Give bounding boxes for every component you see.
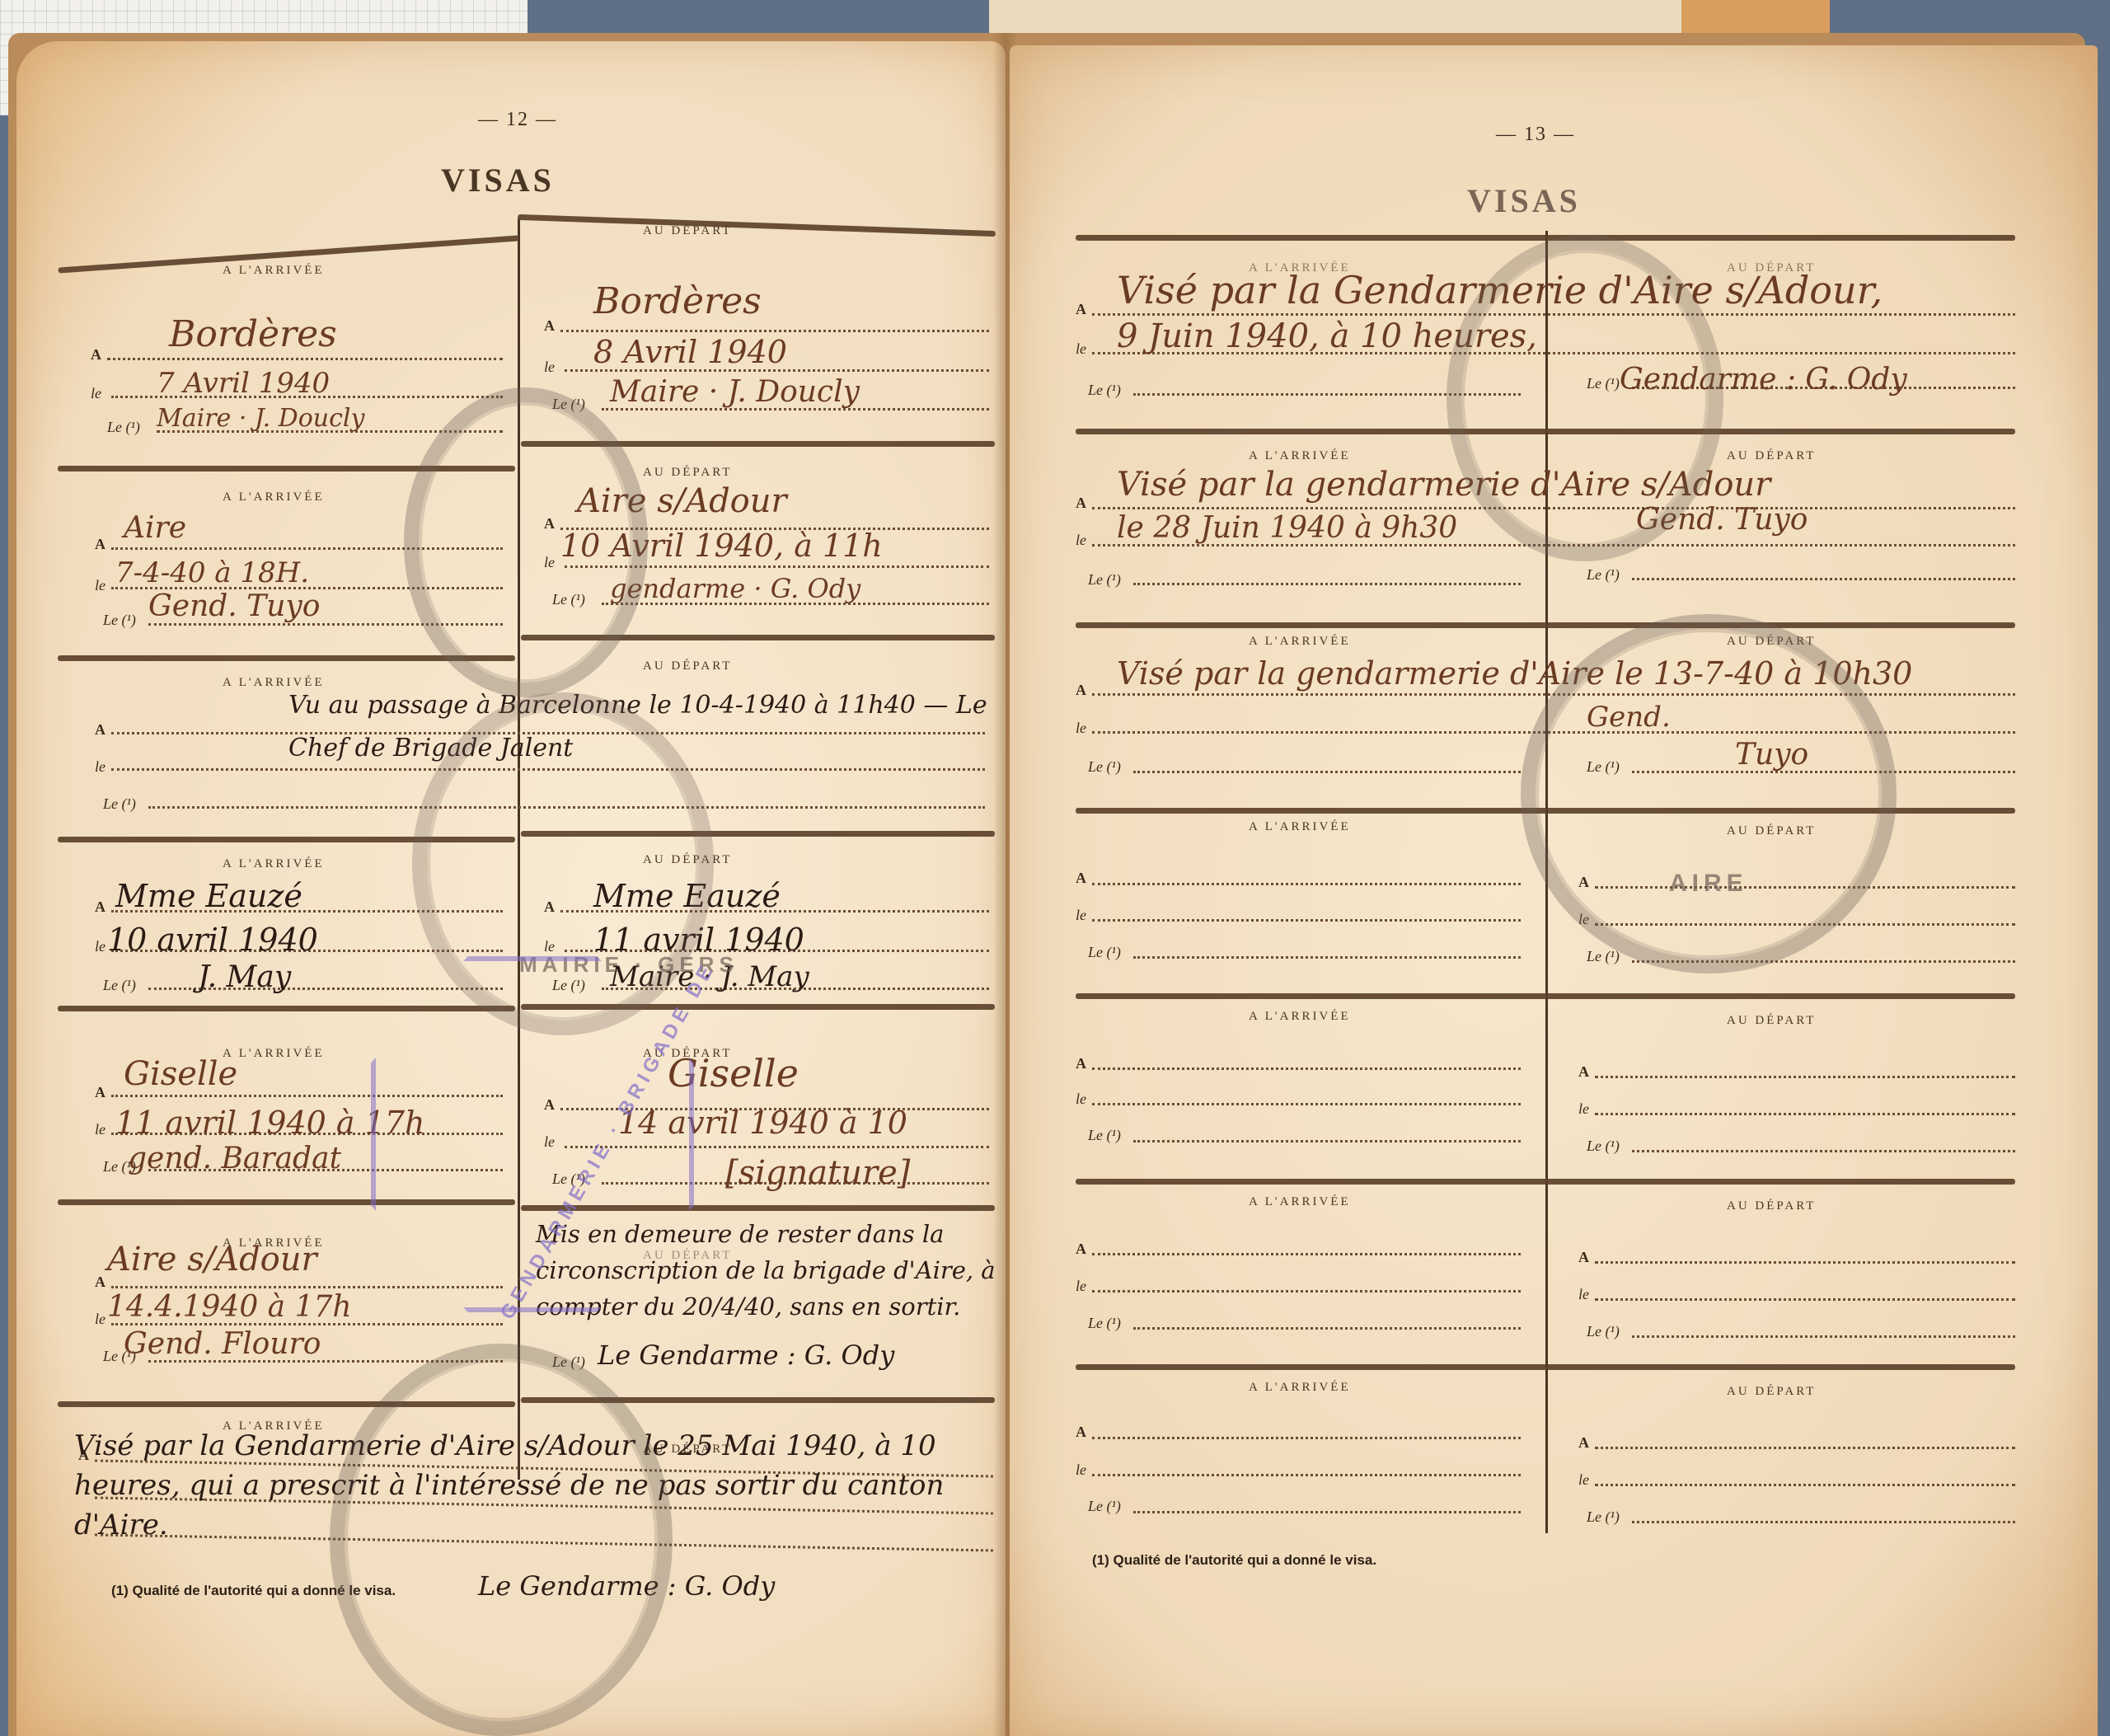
departure-header: AU DÉPART <box>643 659 732 673</box>
mairie-stamp <box>404 387 648 697</box>
date-label: le <box>95 758 105 776</box>
departure-header: AU DÉPART <box>1727 1385 1816 1399</box>
place-label: A <box>91 346 101 364</box>
place-line <box>1092 1253 1521 1255</box>
handwritten-visa-date: le 28 Juin 1940 à 9h30 <box>1117 511 1457 545</box>
place-label: A <box>1076 301 1086 318</box>
place-line <box>1595 1447 2015 1449</box>
place-label: A <box>1578 1434 1589 1452</box>
date-label: le <box>1076 907 1086 924</box>
place-label: A <box>1076 1241 1086 1258</box>
stamp-text: AIRE <box>1669 870 1748 898</box>
authority-line <box>1632 578 2015 580</box>
authority-label: Le (¹) <box>1088 1127 1121 1144</box>
arrival-header: A L'ARRIVÉE <box>223 857 325 871</box>
page-title: VISAS <box>441 161 555 199</box>
date-label: le <box>1578 1286 1589 1303</box>
row-rule <box>1076 1364 2015 1370</box>
place-label: A <box>1076 1055 1086 1072</box>
handwritten-date: 14.4.1940 à 17h <box>107 1290 352 1324</box>
page-number: — 13 — <box>1496 124 1575 146</box>
date-line <box>1092 1474 1521 1476</box>
date-label: le <box>1578 1100 1589 1118</box>
authority-label: Le (¹) <box>1587 1508 1620 1526</box>
authority-label: Le (¹) <box>1088 944 1121 961</box>
authority-line <box>1133 1511 1521 1513</box>
page-number: — 12 — <box>478 109 557 131</box>
arrival-header: A L'ARRIVÉE <box>1249 1381 1351 1395</box>
date-line <box>1092 1103 1521 1105</box>
authority-label: Le (¹) <box>103 795 136 813</box>
authority-label: Le (¹) <box>107 419 140 436</box>
handwritten-authority: Maire · J. Doucly <box>610 375 860 409</box>
place-line <box>1595 1261 2015 1264</box>
place-label: A <box>1578 1249 1589 1266</box>
place-label: A <box>95 1084 105 1101</box>
authority-line <box>1632 1335 2015 1338</box>
date-line <box>1092 1290 1521 1293</box>
page-13: — 13 — VISAS A L'ARRIVÉE AU DÉPART A le … <box>1010 45 2098 1736</box>
handwritten-place: Bordères <box>593 280 762 322</box>
authority-line <box>1133 1327 1521 1330</box>
handwritten-authority: Maire · J. Doucly <box>157 404 364 433</box>
date-line <box>1092 919 1521 922</box>
date-label: le <box>1578 1471 1589 1489</box>
handwritten-authority: Gend. Tuyo <box>148 589 320 623</box>
arrival-header: A L'ARRIVÉE <box>1249 820 1351 834</box>
place-line <box>107 358 503 360</box>
authority-label: Le (¹) <box>1587 1138 1620 1155</box>
arrival-header: A L'ARRIVÉE <box>223 490 325 504</box>
authority-label: Le (¹) <box>1587 566 1620 584</box>
place-line <box>560 330 989 332</box>
place-label: A <box>1578 1063 1589 1081</box>
arrival-header: A L'ARRIVÉE <box>1249 449 1351 463</box>
authority-label: Le (¹) <box>1587 948 1620 965</box>
handwritten-place: Aire s/Adour <box>107 1241 317 1279</box>
row-rule <box>1076 993 2015 999</box>
date-label: le <box>1076 532 1086 549</box>
place-label: A <box>1076 870 1086 887</box>
handwritten-signature: [signature] <box>725 1154 910 1192</box>
gendarmerie-ink-stamp <box>330 1344 673 1736</box>
date-line <box>1595 1113 2015 1115</box>
authority-line <box>1133 1140 1521 1142</box>
authority-label: Le (¹) <box>1088 758 1121 776</box>
handwritten-date: 8 Avril 1940 <box>593 334 787 370</box>
place-line <box>1092 1437 1521 1439</box>
gendarmerie-ink-stamp <box>1447 235 1723 561</box>
handwritten-place: Mme Eauzé <box>115 878 302 914</box>
departure-header: AU DÉPART <box>1727 1014 1816 1028</box>
handwritten-authority: J. May <box>198 960 291 994</box>
authority-label: Le (¹) <box>1088 382 1121 399</box>
authority-line <box>1632 1150 2015 1152</box>
date-line <box>1595 1484 2015 1486</box>
place-label: A <box>95 536 105 553</box>
handwritten-date: 10 avril 1940 <box>107 922 318 958</box>
place-label: A <box>95 721 105 739</box>
date-label: le <box>1076 720 1086 737</box>
place-line <box>1092 1067 1521 1070</box>
row-rule <box>518 214 996 237</box>
place-label: A <box>1076 1424 1086 1441</box>
handwritten-date: 7 Avril 1940 <box>157 367 330 400</box>
date-label: le <box>1076 1091 1086 1108</box>
page-title: VISAS <box>1467 181 1581 220</box>
arrival-header: A L'ARRIVÉE <box>223 1047 325 1061</box>
date-label: le <box>95 1311 105 1328</box>
arrival-header: A L'ARRIVÉE <box>1249 1195 1351 1209</box>
date-label: le <box>544 359 555 376</box>
handwritten-authority: Le Gendarme : G. Ody <box>598 1340 894 1371</box>
authority-line <box>1133 583 1521 585</box>
authority-label: Le (¹) <box>1088 1315 1121 1332</box>
departure-header: AU DÉPART <box>643 466 732 480</box>
place-label: A <box>544 317 555 335</box>
authority-label: Le (¹) <box>1088 1498 1121 1515</box>
place-label: A <box>1076 682 1086 699</box>
departure-header: AU DÉPART <box>643 224 732 238</box>
place-label: A <box>95 898 105 916</box>
date-label: le <box>95 938 105 955</box>
date-label: le <box>91 385 101 402</box>
arrival-header: A L'ARRIVÉE <box>1249 635 1351 649</box>
place-line <box>1092 883 1521 885</box>
authority-line <box>1133 771 1521 773</box>
arrival-header: A L'ARRIVÉE <box>1249 1010 1351 1024</box>
date-line <box>1595 1298 2015 1301</box>
authority-label: Le (¹) <box>103 977 136 994</box>
handwritten-place: Aire <box>124 511 186 545</box>
handwritten-place: Bordères <box>169 313 337 355</box>
handwritten-date: 7-4-40 à 18H. <box>115 556 309 589</box>
date-label: le <box>1076 340 1086 358</box>
row-rule <box>1076 235 2015 241</box>
aire-ink-stamp <box>1521 614 1897 974</box>
authority-label: Le (¹) <box>103 612 136 629</box>
footnote: (1) Qualité de l'autorité qui a donné le… <box>1092 1552 1376 1569</box>
departure-header: AU DÉPART <box>1727 449 1816 463</box>
place-line <box>111 1286 503 1288</box>
date-label: le <box>1076 1278 1086 1295</box>
page-12: — 12 — VISAS A L'ARRIVÉE AU DÉPART A le … <box>16 41 1006 1736</box>
departure-header: AU DÉPART <box>1727 1199 1816 1213</box>
authority-label: Le (¹) <box>1587 1323 1620 1340</box>
authority-label: Le (¹) <box>1088 571 1121 589</box>
handwritten-place: Giselle <box>124 1055 237 1093</box>
handwritten-authority: gend. Baradat <box>128 1142 341 1175</box>
date-label: le <box>1076 1462 1086 1479</box>
place-line <box>1595 1076 2015 1078</box>
date-label: le <box>95 1121 105 1138</box>
row-rule <box>1076 1179 2015 1185</box>
handwritten-authority: gendarme · G. Ody <box>610 573 860 604</box>
authority-line <box>1133 956 1521 959</box>
authority-line <box>1632 1521 2015 1523</box>
date-label: le <box>95 577 105 594</box>
handwritten-authority: Gend. Flouro <box>124 1327 321 1361</box>
row-rule <box>1076 622 2015 628</box>
place-label: A <box>95 1274 105 1291</box>
place-label: A <box>1076 495 1086 512</box>
arrival-header: A L'ARRIVÉE <box>223 264 325 278</box>
